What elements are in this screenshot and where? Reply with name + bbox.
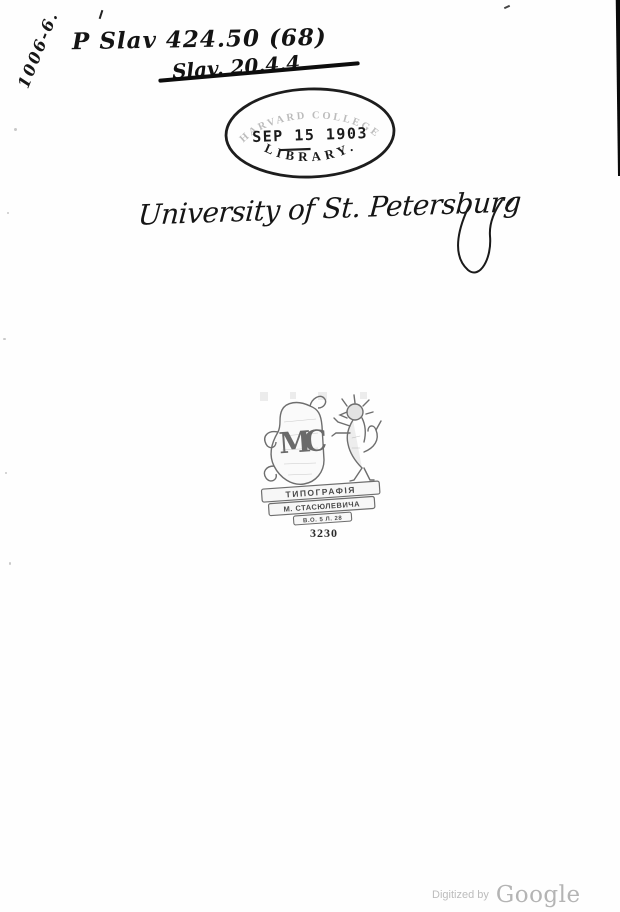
digitization-watermark: Digitized by Google bbox=[432, 882, 581, 908]
scan-speckle bbox=[7, 212, 9, 214]
ribbon-banners: ТИПОГРАФІЯ М. СТАСЮЛЕВИЧА В.О. 5 Л. 28 bbox=[261, 481, 381, 527]
print-order-number: 3230 bbox=[296, 526, 352, 541]
ink-tick-mark bbox=[99, 10, 104, 19]
library-date-stamp: HARVARD COLLEGE SEP 15 1903 LIBRARY. bbox=[220, 82, 399, 184]
scan-speckle bbox=[14, 128, 17, 131]
lion-rampant bbox=[332, 395, 381, 481]
scan-edge-artifact bbox=[615, 0, 620, 176]
ink-tick-mark bbox=[504, 5, 510, 9]
scanned-flyleaf-page: 1006-6. P Slav 424.50 (68) Slav. 20.4.4 … bbox=[0, 0, 620, 912]
printer-crest-emblem: МС ТИПОГРАФІЯ М. СТАСЮЛЕВИЧА В.О. 5 Л. 2… bbox=[258, 392, 386, 528]
pen-flourish bbox=[440, 196, 524, 288]
digitized-by-label: Digitized by bbox=[432, 889, 489, 901]
scan-speckle bbox=[3, 338, 6, 340]
scan-speckle bbox=[5, 472, 7, 474]
corner-accession-number: 1006-6. bbox=[7, 0, 70, 109]
google-logo: Google bbox=[496, 882, 581, 908]
scan-speckle bbox=[9, 562, 11, 565]
